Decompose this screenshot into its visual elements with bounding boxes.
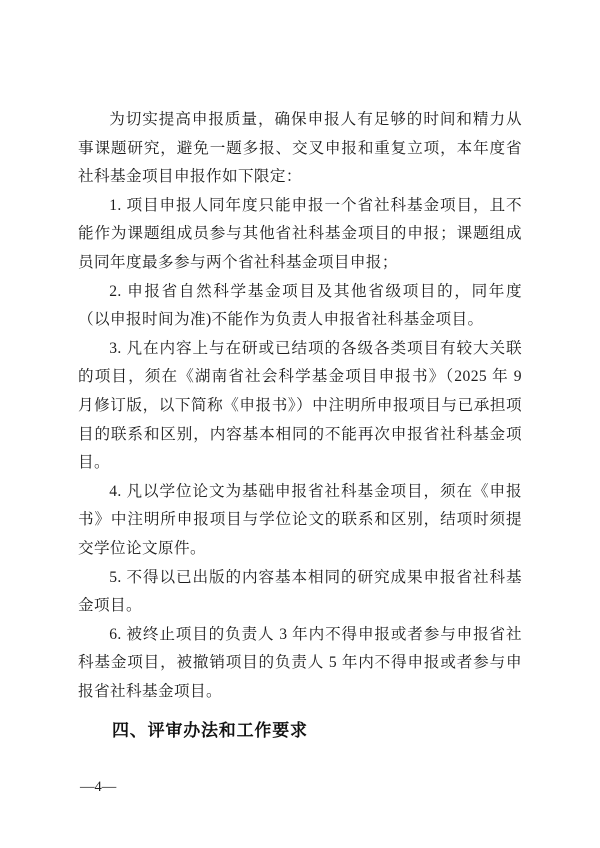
- rule-item-6: 6. 被终止项目的负责人 3 年内不得申报或者参与申报省社科基金项目，被撤销项目…: [78, 621, 522, 707]
- document-body: 为切实提高申报质量，确保申报人有足够的时间和精力从事课题研究，避免一题多报、交叉…: [78, 106, 522, 744]
- section-heading: 四、评审办法和工作要求: [78, 718, 522, 744]
- rule-item-4: 4. 凡以学位论文为基础申报省社科基金项目，须在《申报书》中注明所申报项目与学位…: [78, 478, 522, 564]
- rule-item-2: 2. 申报省自然科学基金项目及其他省级项目的，同年度（以申报时间为准)不能作为负…: [78, 278, 522, 335]
- document-page: 为切实提高申报质量，确保申报人有足够的时间和精力从事课题研究，避免一题多报、交叉…: [0, 0, 600, 848]
- paragraph-intro: 为切实提高申报质量，确保申报人有足够的时间和精力从事课题研究，避免一题多报、交叉…: [78, 106, 522, 192]
- page-number: —4—: [80, 779, 116, 796]
- rule-item-3: 3. 凡在内容上与在研或已结项的各级各类项目有较大关联的项目，须在《湖南省社会科…: [78, 335, 522, 478]
- rule-item-5: 5. 不得以已出版的内容基本相同的研究成果申报省社科基金项目。: [78, 564, 522, 621]
- rule-item-1: 1. 项目申报人同年度只能申报一个省社科基金项目，且不能作为课题组成员参与其他省…: [78, 192, 522, 278]
